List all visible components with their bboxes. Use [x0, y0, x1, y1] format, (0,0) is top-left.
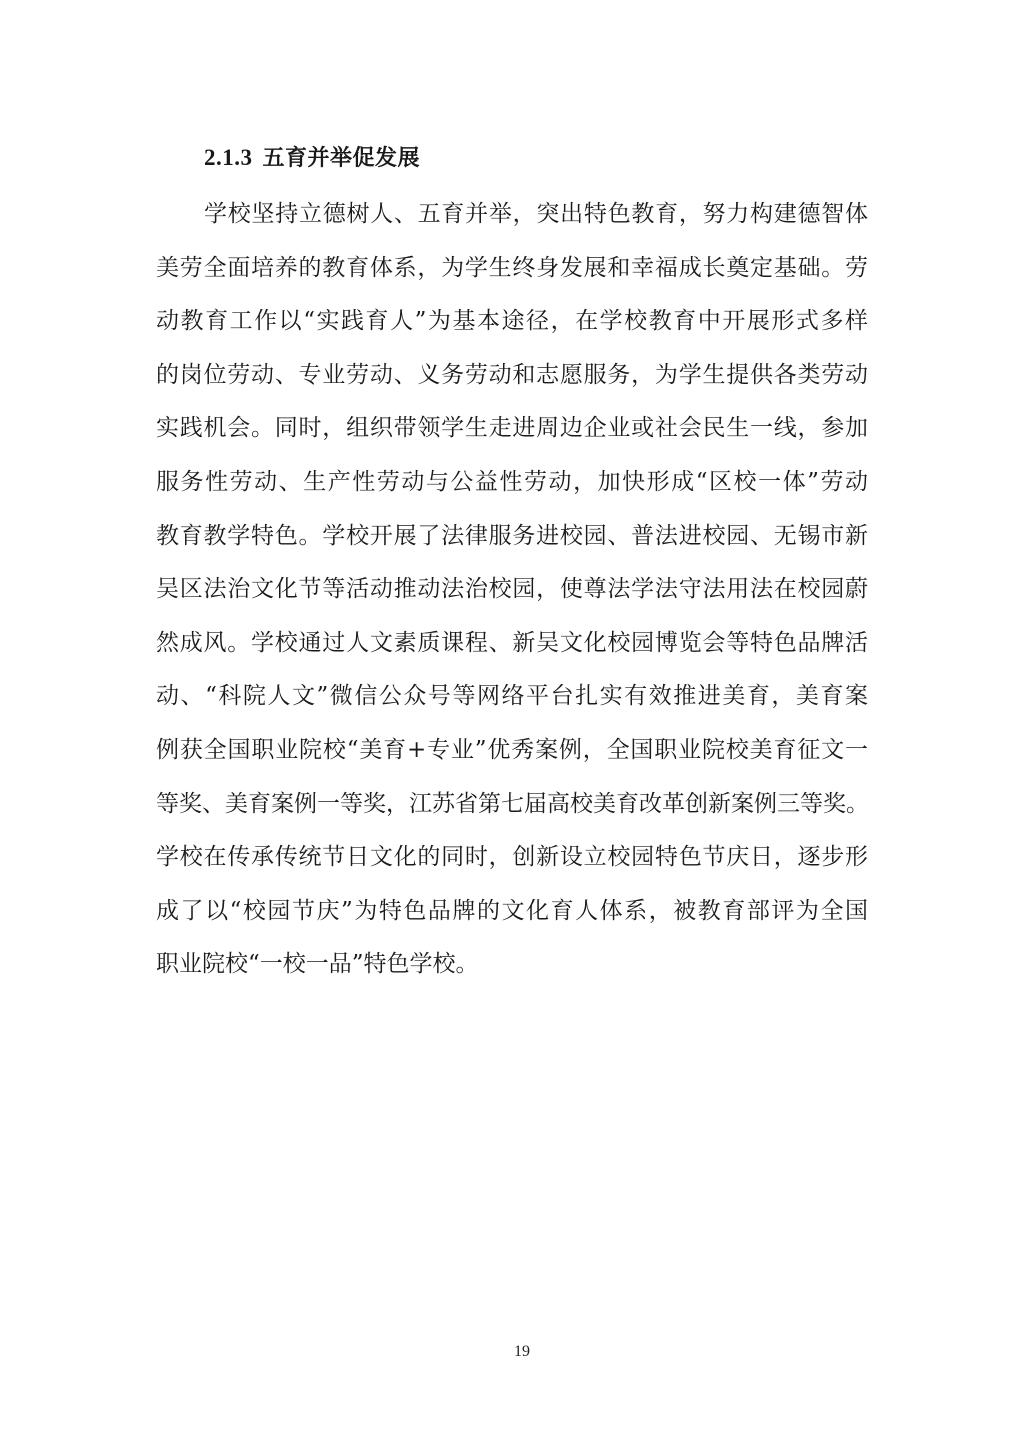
- section-title: 五育并举促发展: [263, 145, 421, 171]
- paragraph-line: 成了以“校园节庆”为特色品牌的文化育人体系，被教育部评为全国: [156, 893, 868, 947]
- paragraph-line: 学校坚持立德树人、五育并举，突出特色教育，努力构建德智体: [156, 196, 868, 250]
- paragraph-line: 等奖、美育案例一等奖，江苏省第七届高校美育改革创新案例三等奖。: [156, 786, 868, 840]
- paragraph-line: 动教育工作以“实践育人”为基本途径，在学校教育中开展形式多样: [156, 303, 868, 357]
- paragraph-line: 的岗位劳动、专业劳动、义务劳动和志愿服务，为学生提供各类劳动: [156, 357, 868, 411]
- section-heading: 2.1.3五育并举促发展: [204, 142, 420, 174]
- paragraph-line: 教育教学特色。学校开展了法律服务进校园、普法进校园、无锡市新: [156, 518, 868, 572]
- paragraph-line: 吴区法治文化节等活动推动法治校园，使尊法学法守法用法在校园蔚: [156, 571, 868, 625]
- paragraph-line: 例获全国职业院校“美育+专业”优秀案例，全国职业院校美育征文一: [156, 732, 868, 786]
- paragraph-line: 然成风。学校通过人文素质课程、新吴文化校园博览会等特色品牌活: [156, 625, 868, 679]
- page-number: 19: [0, 1343, 1024, 1361]
- paragraph-line: 职业院校“一校一品”特色学校。: [156, 946, 868, 1000]
- paragraph-line: 学校在传承传统节日文化的同时，创新设立校园特色节庆日，逐步形: [156, 839, 868, 893]
- paragraph-line: 动、“科院人文”微信公众号等网络平台扎实有效推进美育，美育案: [156, 678, 868, 732]
- paragraph-line: 实践机会。同时，组织带领学生走进周边企业或社会民生一线，参加: [156, 410, 868, 464]
- document-page: 2.1.3五育并举促发展 学校坚持立德树人、五育并举，突出特色教育，努力构建德智…: [0, 0, 1024, 1448]
- paragraph-line: 服务性劳动、生产性劳动与公益性劳动，加快形成“区校一体”劳动: [156, 464, 868, 518]
- paragraph-line: 美劳全面培养的教育体系，为学生终身发展和幸福成长奠定基础。劳: [156, 250, 868, 304]
- section-number: 2.1.3: [204, 145, 253, 170]
- body-paragraph: 学校坚持立德树人、五育并举，突出特色教育，努力构建德智体 美劳全面培养的教育体系…: [156, 196, 868, 1000]
